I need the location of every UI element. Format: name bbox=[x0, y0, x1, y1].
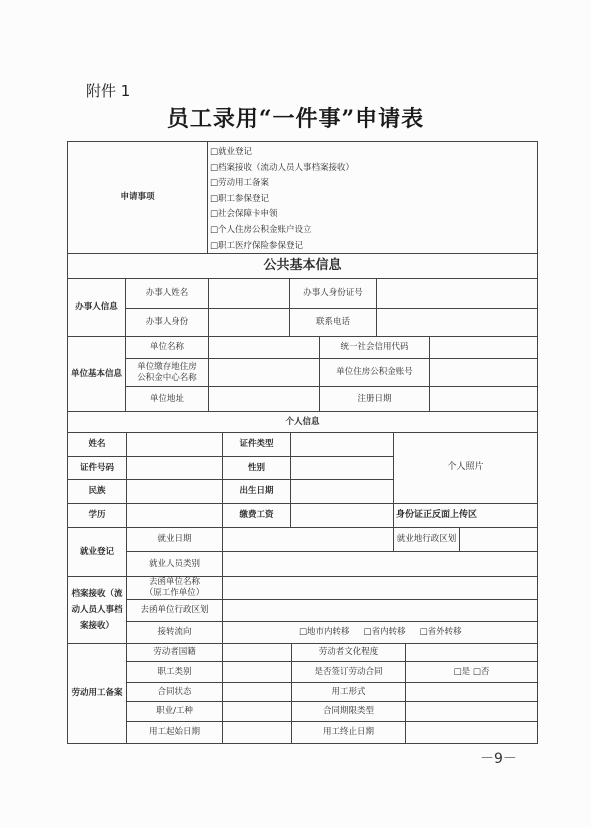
fund-center-name-line1: 单位缴存地住房 bbox=[137, 362, 197, 373]
option-medical-insurance[interactable]: □职工医疗保险参保登记 bbox=[210, 239, 303, 255]
transfer-option-out-of-province[interactable]: □省外转移 bbox=[420, 627, 462, 638]
registration-date-label: 注册日期 bbox=[319, 386, 430, 412]
agent-name-input[interactable] bbox=[208, 278, 290, 309]
contract-status-label: 合同状态 bbox=[126, 682, 223, 702]
ethnicity-label: 民族 bbox=[67, 479, 127, 504]
credit-code-input[interactable] bbox=[429, 336, 538, 359]
contribution-wage-input[interactable] bbox=[290, 503, 394, 528]
option-employment-registration[interactable]: □就业登记 bbox=[210, 145, 252, 161]
sender-region-label: 去函单位行政区划 bbox=[126, 599, 223, 622]
contract-signed-options[interactable]: □是 □否 bbox=[405, 661, 538, 683]
unit-address-label: 单位地址 bbox=[125, 386, 209, 412]
id-number-label: 证件号码 bbox=[67, 456, 127, 480]
unit-name-input[interactable] bbox=[208, 336, 320, 359]
name-label: 姓名 bbox=[67, 432, 127, 457]
option-social-security-card[interactable]: □社会保障卡申领 bbox=[210, 207, 278, 223]
unit-info-label: 单位基本信息 bbox=[67, 336, 126, 412]
employment-region-input[interactable] bbox=[459, 527, 538, 552]
id-card-upload-area[interactable]: 身份证正反面上传区 bbox=[393, 503, 538, 528]
employment-start-date-label: 用工起始日期 bbox=[126, 721, 223, 744]
personal-info-section-title: 个人信息 bbox=[67, 411, 538, 433]
agent-phone-input[interactable] bbox=[376, 308, 538, 337]
birth-date-input[interactable] bbox=[290, 479, 394, 504]
agent-identity-input[interactable] bbox=[208, 308, 290, 337]
agent-identity-label: 办事人身份 bbox=[125, 308, 209, 337]
sender-unit-label: 去函单位名称 （原工作单位） bbox=[126, 576, 223, 600]
sender-region-input[interactable] bbox=[222, 599, 538, 622]
agent-info-label: 办事人信息 bbox=[67, 278, 126, 337]
agent-phone-label: 联系电话 bbox=[289, 308, 377, 337]
form-title: 员工录用“一件事”申请表 bbox=[0, 102, 591, 133]
employment-end-date-input[interactable] bbox=[405, 721, 538, 744]
name-input[interactable] bbox=[126, 432, 223, 457]
unit-address-input[interactable] bbox=[208, 386, 320, 412]
birth-date-label: 出生日期 bbox=[222, 479, 291, 504]
worker-education-label: 劳动者文化程度 bbox=[291, 643, 406, 662]
occupation-input[interactable] bbox=[222, 701, 292, 722]
fund-center-name-line2: 公积金中心名称 bbox=[137, 373, 197, 384]
attachment-label: 附件 1 bbox=[86, 80, 130, 101]
employment-form-label: 用工形式 bbox=[291, 682, 406, 702]
transfer-direction-label: 接转流向 bbox=[126, 621, 223, 644]
fund-account-label: 单位住房公积金账号 bbox=[319, 358, 430, 387]
contract-status-input[interactable] bbox=[222, 682, 292, 702]
option-insurance-registration[interactable]: □职工参保登记 bbox=[210, 192, 269, 208]
personal-photo-area[interactable]: 个人照片 bbox=[393, 432, 538, 504]
agent-id-input[interactable] bbox=[376, 278, 538, 309]
option-archive-receipt[interactable]: □档案接收（流动人员人事档案接收） bbox=[210, 161, 354, 177]
employment-registration-label: 就业登记 bbox=[67, 527, 127, 577]
sender-unit-line2: （原工作单位） bbox=[145, 588, 205, 599]
page-number: －9－ bbox=[480, 748, 517, 768]
contract-term-type-input[interactable] bbox=[405, 701, 538, 722]
archive-label-line2: 动人员人事档 bbox=[71, 602, 122, 618]
agent-name-label: 办事人姓名 bbox=[125, 278, 209, 309]
archive-label-line1: 档案接收（流 bbox=[71, 586, 122, 602]
worker-education-input[interactable] bbox=[405, 643, 538, 662]
ethnicity-input[interactable] bbox=[126, 479, 223, 504]
worker-nationality-input[interactable] bbox=[222, 643, 292, 662]
credit-code-label: 统一社会信用代码 bbox=[319, 336, 430, 359]
employee-type-label: 职工类别 bbox=[126, 661, 223, 683]
contribution-wage-label: 缴费工资 bbox=[222, 503, 291, 528]
worker-nationality-label: 劳动者国籍 bbox=[126, 643, 223, 662]
registration-date-input[interactable] bbox=[429, 386, 538, 412]
employment-form-input[interactable] bbox=[405, 682, 538, 702]
agent-id-label: 办事人身份证号 bbox=[289, 278, 377, 309]
application-items-label: 申请事项 bbox=[67, 141, 208, 254]
transfer-direction-options: □地市内转移 □省内转移 □省外转移 bbox=[222, 621, 538, 644]
sender-unit-line1: 去函单位名称 bbox=[149, 577, 200, 588]
employee-category-input[interactable] bbox=[222, 551, 538, 577]
archive-label-line3: 案接收） bbox=[80, 618, 114, 634]
gender-label: 性别 bbox=[222, 456, 291, 480]
education-label: 学历 bbox=[67, 503, 127, 528]
archive-receipt-label: 档案接收（流 动人员人事档 案接收） bbox=[67, 576, 127, 644]
transfer-option-city[interactable]: □地市内转移 bbox=[299, 627, 350, 638]
employment-date-input[interactable] bbox=[222, 527, 394, 552]
occupation-label: 职业/工种 bbox=[126, 701, 223, 722]
employment-date-label: 就业日期 bbox=[126, 527, 223, 552]
employee-category-label: 就业人员类别 bbox=[126, 551, 223, 577]
application-items-options: □就业登记 □档案接收（流动人员人事档案接收） □劳动用工备案 □职工参保登记 … bbox=[207, 141, 538, 254]
option-labor-filing[interactable]: □劳动用工备案 bbox=[210, 176, 269, 192]
id-type-label: 证件类型 bbox=[222, 432, 291, 457]
gender-input[interactable] bbox=[290, 456, 394, 480]
education-input[interactable] bbox=[126, 503, 223, 528]
unit-name-label: 单位名称 bbox=[125, 336, 209, 359]
id-number-input[interactable] bbox=[126, 456, 223, 480]
fund-center-name-input[interactable] bbox=[208, 358, 320, 387]
transfer-option-province[interactable]: □省内转移 bbox=[364, 627, 406, 638]
option-housing-fund-account[interactable]: □个人住房公积金账户设立 bbox=[210, 223, 312, 239]
contract-term-type-label: 合同期限类型 bbox=[291, 701, 406, 722]
sender-unit-input[interactable] bbox=[222, 576, 538, 600]
fund-center-name-label: 单位缴存地住房 公积金中心名称 bbox=[125, 358, 209, 387]
labor-filing-label: 劳动用工备案 bbox=[67, 643, 127, 744]
employment-end-date-label: 用工终止日期 bbox=[291, 721, 406, 744]
id-type-input[interactable] bbox=[290, 432, 394, 457]
employment-start-date-input[interactable] bbox=[222, 721, 292, 744]
fund-account-input[interactable] bbox=[429, 358, 538, 387]
employee-type-input[interactable] bbox=[222, 661, 292, 683]
contract-signed-label: 是否签订劳动合同 bbox=[291, 661, 406, 683]
employment-region-label: 就业地行政区划 bbox=[393, 527, 460, 552]
public-info-section-title: 公共基本信息 bbox=[67, 253, 538, 279]
